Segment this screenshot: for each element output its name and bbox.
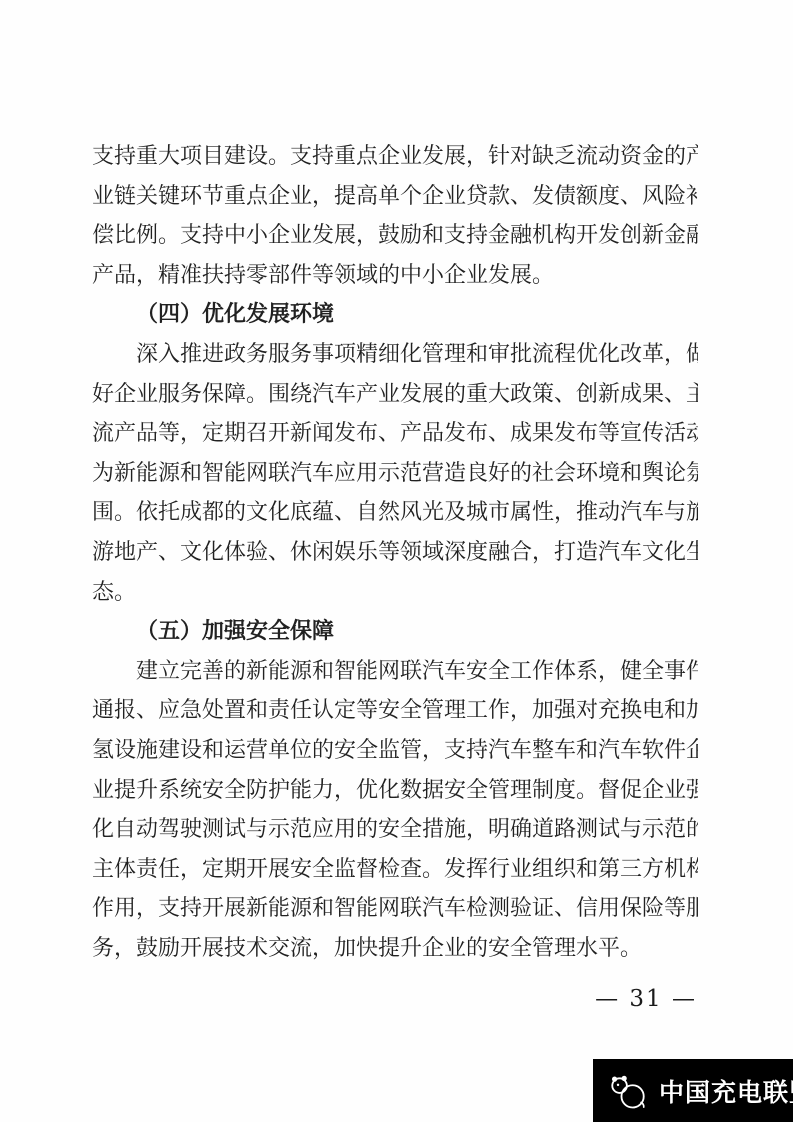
text-line: 游地产、文化体验、休闲娱乐等领域深度融合，打造汽车文化生 [92,533,698,573]
text-line: 化自动驾驶测试与示范应用的安全措施，明确道路测试与示范的 [92,810,698,850]
text-line: 业提升系统安全防护能力，优化数据安全管理制度。督促企业强 [92,771,698,811]
watermark-label: 中国充电联盟 [659,1073,793,1109]
section-heading: （四）优化发展环境 [92,295,698,335]
document-body: 支持重大项目建设。支持重点企业发展，针对缺乏流动资金的产业链关键环节重点企业，提… [92,137,698,968]
text-line: 主体责任，定期开展安全监督检查。发挥行业组织和第三方机构 [92,850,698,890]
text-line: 为新能源和智能网联汽车应用示范营造良好的社会环境和舆论氛 [92,454,698,494]
text-line: 态。 [92,573,698,613]
text-line: 通报、应急处置和责任认定等安全管理工作，加强对充换电和加 [92,691,698,731]
panda-logo-icon [605,1068,651,1114]
text-line: 流产品等，定期召开新闻发布、产品发布、成果发布等宣传活动， [92,414,698,454]
text-line: 深入推进政务服务事项精细化管理和审批流程优化改革，做 [92,335,698,375]
text-line: 偿比例。支持中小企业发展，鼓励和支持金融机构开发创新金融 [92,216,698,256]
text-line: 支持重大项目建设。支持重点企业发展，针对缺乏流动资金的产 [92,137,698,177]
text-line: 产品，精准扶持零部件等领域的中小企业发展。 [92,256,698,296]
text-line: 作用，支持开展新能源和智能网联汽车检测验证、信用保险等服 [92,889,698,929]
text-line: 务，鼓励开展技术交流，加快提升企业的安全管理水平。 [92,929,698,969]
section-heading: （五）加强安全保障 [92,612,698,652]
document-page: 支持重大项目建设。支持重点企业发展，针对缺乏流动资金的产业链关键环节重点企业，提… [0,0,793,1122]
text-line: 建立完善的新能源和智能网联汽车安全工作体系，健全事件 [92,652,698,692]
text-line: 业链关键环节重点企业，提高单个企业贷款、发债额度、风险补 [92,177,698,217]
text-line: 氢设施建设和运营单位的安全监管，支持汽车整车和汽车软件企 [92,731,698,771]
page-number-label: — 31 — [595,986,697,1012]
text-line: 围。依托成都的文化底蕴、自然风光及城市属性，推动汽车与旅 [92,493,698,533]
watermark-banner: 中国充电联盟 [593,1059,793,1122]
text-line: 好企业服务保障。围绕汽车产业发展的重大政策、创新成果、主 [92,375,698,415]
page-number: — 31 — [595,986,697,1012]
